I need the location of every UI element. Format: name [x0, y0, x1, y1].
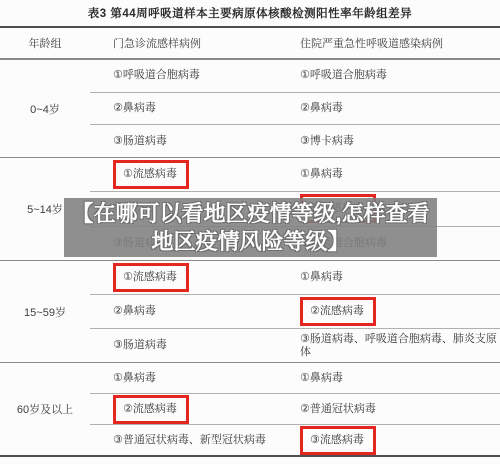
table-row: ②鼻病毒 ②流感病毒 — [90, 294, 500, 328]
pathogen-cell: ③肠道病毒 — [113, 339, 167, 352]
pathogen-cell: ①鼻病毒 — [300, 372, 343, 385]
table-row: ①流感病毒 ①鼻病毒 — [90, 261, 500, 294]
age-group-label: 60岁及以上 — [0, 363, 90, 455]
table-screenshot-page: 表3 第44周呼吸道样本主要病原体核酸检测阳性率年龄组差异 年龄组 门急诊流感样… — [0, 0, 500, 464]
header-outpatient: 门急诊流感样病例 — [90, 35, 295, 51]
age-group-label: 15~59岁 — [0, 261, 90, 362]
table-row: ③肠道病毒 ③博卡病毒 — [90, 124, 500, 157]
pathogen-cell-highlighted: ③流感病毒 — [300, 426, 376, 455]
pathogen-cell: ①鼻病毒 — [113, 372, 156, 385]
age-group-section-60-plus: 60岁及以上 ①鼻病毒 ①鼻病毒 ②流感病毒 ②普通冠状病毒 ③普通冠状病毒、新… — [0, 362, 500, 455]
pathogen-cell: ①呼吸道合胞病毒 — [300, 69, 387, 82]
pathogen-cell: ③肠道病毒、呼吸道合胞病毒、肺炎支原体 — [300, 333, 498, 359]
header-age-group: 年龄组 — [0, 35, 90, 51]
pathogen-cell: ①鼻病毒 — [300, 271, 343, 284]
table-row: ①呼吸道合胞病毒 ①呼吸道合胞病毒 — [90, 60, 500, 92]
watermark-overlay-banner: 【在哪可以看地区疫情等级,怎样查看 地区疫情风险等级】 — [64, 198, 437, 257]
pathogen-cell: ②鼻病毒 — [113, 305, 156, 318]
table-row: ②鼻病毒 ②鼻病毒 — [90, 92, 500, 125]
pathogen-cell-highlighted: ①流感病毒 — [113, 263, 189, 292]
table-row: ①流感病毒 ①鼻病毒 — [90, 158, 500, 191]
pathogen-cell: ③普通冠状病毒、新型冠状病毒 — [113, 434, 266, 447]
table-row: ③肠道病毒 ③肠道病毒、呼吸道合胞病毒、肺炎支原体 — [90, 328, 500, 362]
table-row: ③普通冠状病毒、新型冠状病毒 ③流感病毒 — [90, 424, 500, 455]
pathogen-cell: ②鼻病毒 — [300, 102, 343, 115]
pathogen-cell-highlighted: ②流感病毒 — [113, 395, 189, 424]
table-title: 表3 第44周呼吸道样本主要病原体核酸检测阳性率年龄组差异 — [0, 0, 500, 26]
pathogen-cell: ②鼻病毒 — [113, 102, 156, 115]
pathogen-cell: ②普通冠状病毒 — [300, 403, 376, 416]
header-inpatient: 住院严重急性呼吸道感染病例 — [295, 35, 500, 51]
watermark-line-2: 地区疫情风险等级】 — [151, 228, 349, 256]
watermark-line-1: 【在哪可以看地区疫情等级,怎样查看 — [71, 200, 429, 228]
age-group-section-15-59: 15~59岁 ①流感病毒 ①鼻病毒 ②鼻病毒 ②流感病毒 ③肠道病毒 ③肠道病毒… — [0, 260, 500, 362]
age-group-section-0-4: 0~4岁 ①呼吸道合胞病毒 ①呼吸道合胞病毒 ②鼻病毒 ②鼻病毒 ③肠道病毒 ③… — [0, 59, 500, 157]
pathogen-cell: ③肠道病毒 — [113, 135, 167, 148]
pathogen-cell-highlighted: ①流感病毒 — [113, 160, 189, 189]
age-group-label: 0~4岁 — [0, 60, 90, 157]
pathogen-cell: ③博卡病毒 — [300, 135, 354, 148]
pathogen-cell: ①呼吸道合胞病毒 — [113, 69, 200, 82]
pathogen-cell-highlighted: ②流感病毒 — [300, 297, 376, 326]
table-header-row: 年龄组 门急诊流感样病例 住院严重急性呼吸道感染病例 — [0, 28, 500, 59]
table-row: ①鼻病毒 ①鼻病毒 — [90, 363, 500, 393]
table-row: ②流感病毒 ②普通冠状病毒 — [90, 393, 500, 424]
pathogen-cell: ①鼻病毒 — [300, 168, 343, 181]
